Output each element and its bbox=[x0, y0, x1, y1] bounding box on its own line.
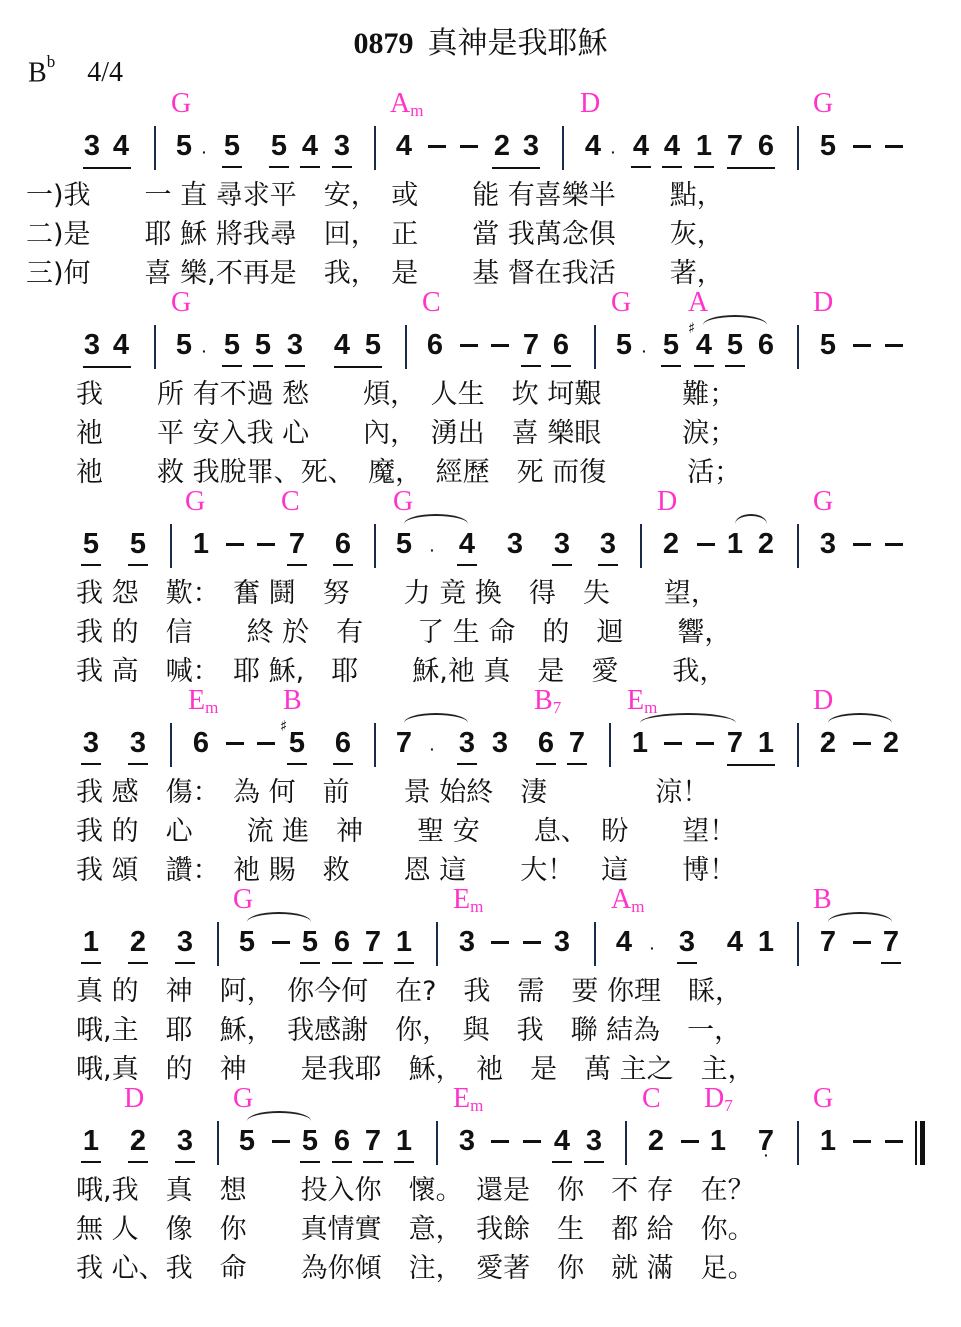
chord: B7 bbox=[534, 685, 561, 718]
lyric-verse-2: 哦,主 耶 穌， 我感謝 你， 與 我 聯 結為 一， bbox=[76, 1008, 741, 1047]
chord: C bbox=[422, 287, 441, 320]
notation-row: 34 5·5 53 45 6 76 5·5 ♯456 5 bbox=[0, 325, 961, 365]
key-signature: Bb4/4 bbox=[28, 56, 123, 89]
chord: D bbox=[813, 287, 833, 320]
system-1: G Am D G 34 5·5 543 4 23 4·4 41· 76 5 一)… bbox=[0, 88, 961, 288]
lyric-verse-2: 我 的 心 流 進 神 聖 安 息、 盼 望！ bbox=[76, 809, 736, 848]
chord: Em bbox=[188, 685, 218, 718]
chord: A bbox=[688, 287, 708, 320]
chord: Em bbox=[453, 1083, 483, 1116]
system-6: D G Em C D7 G 1·2·3· 55 671· 3 43 217· 1… bbox=[0, 1083, 961, 1283]
system-2: G C G A D 34 5·5 53 45 6 76 5·5 ♯456 5 我… bbox=[0, 287, 961, 487]
chord: B bbox=[813, 884, 832, 917]
chord: G bbox=[813, 1083, 833, 1116]
key-flat: b bbox=[47, 52, 56, 71]
chord: C bbox=[642, 1083, 661, 1116]
lyric-verse-3: 祂 救 我脫罪、死、 魔， 經歷 死 而復 活； bbox=[76, 450, 741, 489]
chord: Em bbox=[453, 884, 483, 917]
key-letter: B bbox=[28, 57, 47, 88]
chord: D bbox=[580, 88, 600, 121]
chord: C bbox=[281, 486, 300, 519]
chord: G bbox=[185, 486, 205, 519]
lyric-verse-3: 三)何 喜 樂,不再是 我， 是 基 督在我活 著， bbox=[26, 251, 724, 290]
lyric-verse-3: 我 高 喊： 耶 穌, 耶 穌,祂 真 是 愛 我， bbox=[76, 649, 726, 688]
lyric-verse-1: 真 的 神 阿， 你今何 在? 我 需 要 你理 睬， bbox=[76, 969, 742, 1008]
chord: D bbox=[124, 1083, 144, 1116]
notation-row: 33 6 ♯56 7·3 367 1· 71· 2·2· bbox=[0, 723, 961, 763]
system-4: Em B B7 Em D 33 6 ♯56 7·3 367 1· 71· 2·2… bbox=[0, 685, 961, 885]
chord: G bbox=[393, 486, 413, 519]
notation-row: 1·2·3· 55 671· 3 43 217· 1 bbox=[0, 1121, 961, 1161]
lyric-verse-1: 哦,我 真 想 投入你 懷。 還是 你 不 存 在？ bbox=[76, 1168, 755, 1207]
chord: G bbox=[611, 287, 631, 320]
chord: Am bbox=[611, 884, 644, 917]
hymn-title: 0879真神是我耶穌 bbox=[0, 18, 961, 62]
lyric-verse-3: 我 心、我 命 為你傾 注， 愛著 你 就 滿 足。 bbox=[76, 1246, 755, 1285]
time-signature: 4/4 bbox=[87, 57, 123, 88]
chord: G bbox=[171, 287, 191, 320]
lyric-verse-1: 我 所 有不過 愁 煩， 人生 坎 坷艱 難； bbox=[76, 372, 736, 411]
hymn-name: 真神是我耶穌 bbox=[428, 26, 608, 61]
lyric-verse-1: 我 感 傷： 為 何 前 景 始終 淒 涼！ bbox=[76, 770, 709, 809]
chord: G bbox=[233, 884, 253, 917]
chord: Am bbox=[390, 88, 423, 121]
lyric-verse-3: 我 頌 讚： 祂 賜 救 恩 這 大！ 這 博！ bbox=[76, 848, 736, 887]
hymn-number: 0879 bbox=[354, 27, 414, 60]
chord: D7 bbox=[704, 1083, 733, 1116]
chord: D bbox=[657, 486, 677, 519]
notation-row: 55 1· 76 5·4 333 212 3 bbox=[0, 524, 961, 564]
chord: G bbox=[233, 1083, 253, 1116]
chord: B bbox=[283, 685, 302, 718]
lyric-verse-2: 二)是 耶 穌 將我尋 回， 正 當 我萬念俱 灰， bbox=[26, 212, 724, 251]
chord: Em bbox=[627, 685, 657, 718]
notation-row: 34 5·5 543 4 23 4·4 41· 76 5 bbox=[0, 126, 961, 166]
lyric-verse-1: 一)我 一 直 尋求平 安， 或 能 有喜樂半 點， bbox=[26, 173, 724, 212]
lyric-verse-2: 無 人 像 你 真情實 意， 我餘 生 都 給 你。 bbox=[76, 1207, 755, 1246]
lyric-verse-1: 我 怨 歎： 奮 鬪 努 力 竟 換 得 失 望， bbox=[76, 571, 718, 610]
chord: G bbox=[171, 88, 191, 121]
chord: G bbox=[813, 88, 833, 121]
lyric-verse-2: 我 的 信 終 於 有 了 生 命 的 迴 響， bbox=[76, 610, 731, 649]
chord: G bbox=[813, 486, 833, 519]
lyric-verse-3: 哦,真 的 神 是我耶 穌， 祂 是 萬 主之 主， bbox=[76, 1047, 755, 1086]
system-3: G C G D G 55 1· 76 5·4 333 212 3 我 怨 歎： … bbox=[0, 486, 961, 686]
system-5: G Em Am B 1·2·3· 55 671· 33 4·3 41· 77 真… bbox=[0, 884, 961, 1084]
notation-row: 1·2·3· 55 671· 33 4·3 41· 77 bbox=[0, 922, 961, 962]
chord: D bbox=[813, 685, 833, 718]
lyric-verse-2: 祂 平 安入我 心 內， 湧出 喜 樂眼 淚； bbox=[76, 411, 736, 450]
